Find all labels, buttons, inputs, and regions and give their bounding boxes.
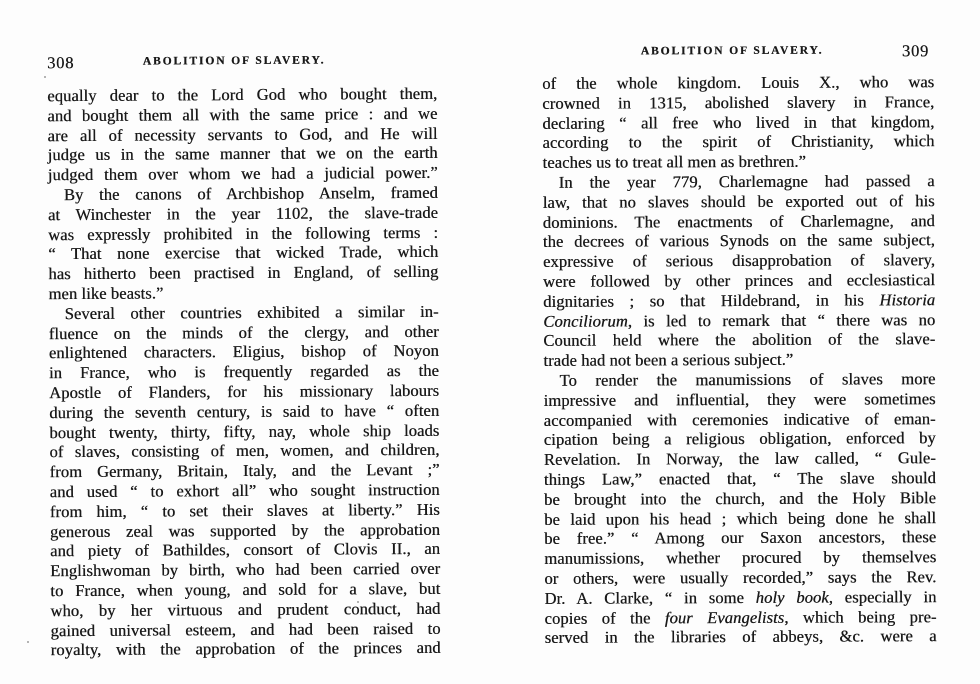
text-segment: Revelation. In Norway, the law called, “… [544, 448, 936, 469]
text-segment: during the seventh century, is said to h… [49, 401, 439, 422]
text-line: things Law,” enacted that, “ The slave s… [544, 468, 936, 490]
text-segment: enlightened characters. Eligius, bishop … [49, 341, 439, 362]
text-line: and piety of Bathildes, consort of Clovi… [50, 539, 440, 561]
text-line: the decrees of various Synods on the sam… [543, 231, 935, 253]
text-segment: was expressly prohibited in the followin… [48, 222, 438, 243]
text-segment: has hitherto been practised in England, … [48, 262, 438, 283]
text-segment: things Law,” enacted that, “ The slave s… [544, 468, 936, 489]
text-line: law, that no slaves should be exported o… [543, 191, 935, 213]
text-segment: according to the spirit of Christianity,… [542, 132, 934, 153]
page-right: ABOLITION OF SLAVERY. 309 of the whole k… [542, 43, 937, 648]
text-line: generous zeal was supported by the appro… [50, 519, 440, 541]
text-line: from Germany, Britain, Italy, and the Le… [49, 460, 439, 482]
text-segment: manumissions, whether procured by themse… [544, 547, 936, 568]
text-segment: judged them over whom we had a judicial … [48, 163, 438, 184]
text-line: from him, “ to set their slaves at liber… [50, 500, 440, 522]
text-segment: who, by her virtuous and prudent conduct… [50, 599, 440, 620]
text-segment: copies of the [544, 608, 664, 628]
scan-speck [27, 641, 29, 643]
page-text: equally dear to the Lord God who bought … [47, 84, 440, 660]
text-segment: Council held where the abolition of the … [543, 330, 935, 351]
text-segment: “ That none exercise that wicked Trade, … [48, 242, 438, 263]
text-segment: cipation being a religious obligation, e… [544, 428, 936, 449]
text-segment: To render the manumissions of slaves mor… [559, 369, 935, 390]
text-line: bought twenty, thirty, fifty, nay, whole… [49, 420, 439, 442]
page-text: of the whole kingdom. Louis X., who wasc… [542, 72, 937, 648]
text-line: manumissions, whether procured by themse… [544, 547, 936, 569]
text-line: to France, when young, and sold for a sl… [50, 579, 440, 601]
text-segment: In the year 779, Charlemagne had passed … [559, 171, 935, 192]
text-line: equally dear to the Lord God who bought … [47, 84, 437, 106]
text-segment: are all of necessity servants to God, an… [47, 123, 437, 144]
italic-text: holy book [756, 587, 829, 606]
text-segment: the decrees of various Synods on the sam… [543, 231, 935, 252]
text-line: be laid upon his head ; which being done… [544, 508, 936, 530]
text-line: crowned in 1315, abolished slavery in Fr… [542, 92, 934, 114]
text-line: of the whole kingdom. Louis X., who was [542, 72, 934, 94]
text-line: has hitherto been practised in England, … [48, 262, 438, 284]
text-line: In the year 779, Charlemagne had passed … [543, 171, 935, 193]
text-line: copies of the four Evangelists, which be… [544, 607, 936, 629]
text-line: were followed by other princes and eccle… [543, 270, 935, 292]
italic-text: Conciliorum [543, 311, 628, 330]
text-line: of slaves, consisting of men, women, and… [49, 440, 439, 462]
text-segment: at Winchester in the year 1102, the slav… [48, 203, 438, 224]
text-segment: By the canons of Archbishop Anselm, fram… [64, 183, 438, 204]
text-segment: law, that no slaves should be exported o… [543, 191, 935, 212]
text-segment: in France, who is frequently regarded as… [49, 361, 439, 382]
text-segment: trade had not been a serious subject.” [543, 350, 793, 370]
text-line: Dr. A. Clarke, “ in some holy book, espe… [544, 587, 936, 609]
text-segment: dignitaries ; so that Hildebrand, in his [543, 290, 879, 310]
text-line: judge us in the same manner that we on t… [48, 143, 438, 165]
text-line: dominions. The enactments of Charlemagne… [543, 211, 935, 233]
text-segment: equally dear to the Lord God who bought … [47, 84, 437, 105]
text-segment: and bought them all with the same price … [47, 104, 437, 125]
text-line: declaring “ all free who lived in that k… [542, 112, 934, 134]
page-number: 308 [47, 53, 74, 73]
scan-speck [699, 263, 701, 265]
text-line: Apostle of Flanders, for his missionary … [49, 381, 439, 403]
text-segment: of slaves, consisting of men, women, and… [49, 440, 439, 461]
text-line: according to the spirit of Christianity,… [542, 132, 934, 154]
text-line: during the seventh century, is said to h… [49, 401, 439, 423]
text-line: Council held where the abolition of the … [543, 330, 935, 352]
text-segment: generous zeal was supported by the appro… [50, 519, 440, 540]
text-line: expressive of serious disapprobation of … [543, 250, 935, 272]
text-line: “ That none exercise that wicked Trade, … [48, 242, 438, 264]
text-segment: from Germany, Britain, Italy, and the Le… [49, 460, 439, 481]
text-segment: from him, “ to set their slaves at liber… [50, 500, 440, 521]
text-line: judged them over whom we had a judicial … [48, 163, 438, 185]
text-line: who, by her virtuous and prudent conduct… [50, 599, 440, 621]
text-segment: impressive and influential, they were so… [544, 389, 936, 410]
text-line: are all of necessity servants to God, an… [47, 123, 437, 145]
text-segment: or others, were usually recorded,” says … [544, 567, 936, 588]
text-segment: Dr. A. Clarke, “ in some [544, 588, 755, 608]
text-line: at Winchester in the year 1102, the slav… [48, 203, 438, 225]
text-line: Englishwoman by birth, who had been carr… [50, 559, 440, 581]
text-line: be free.” “ Among our Saxon ancestors, t… [544, 527, 936, 549]
scan-speck [44, 76, 46, 78]
text-segment: and piety of Bathildes, consort of Clovi… [50, 539, 440, 560]
text-segment: and used “ to exhort all” who sought ins… [50, 480, 440, 501]
text-line: and bought them all with the same price … [47, 104, 437, 126]
scan-speck [357, 601, 359, 603]
text-segment: accompanied with ceremonies indicative o… [544, 409, 936, 430]
running-head-row: ABOLITION OF SLAVERY. 309 [542, 43, 934, 59]
running-head: ABOLITION OF SLAVERY. [641, 45, 824, 58]
text-line: dignitaries ; so that Hildebrand, in his… [543, 290, 935, 312]
text-segment: , which being pre- [784, 607, 936, 627]
text-segment: expressive of serious disapprobation of … [543, 250, 935, 271]
text-line: To render the manumissions of slaves mor… [543, 369, 935, 391]
text-segment: gained universal esteem, and had been ra… [50, 618, 440, 639]
text-line: Several other countries exhibited a simi… [49, 302, 439, 324]
text-segment: of the whole kingdom. Louis X., who was [542, 72, 934, 93]
text-segment: fluence on the minds of the clergy, and … [49, 321, 439, 342]
text-segment: Englishwoman by birth, who had been carr… [50, 559, 440, 580]
text-line: was expressly prohibited in the followin… [48, 222, 438, 244]
text-segment: served in the libraries of abbeys, &c. w… [545, 626, 937, 647]
text-line: or others, were usually recorded,” says … [544, 567, 936, 589]
text-line: cipation being a religious obligation, e… [544, 428, 936, 450]
text-segment: men like beasts.” [48, 283, 163, 303]
text-line: be brought into the church, and the Holy… [544, 488, 936, 510]
text-line: men like beasts.” [48, 282, 438, 304]
italic-text: Historia [879, 290, 935, 309]
text-segment: Apostle of Flanders, for his missionary … [49, 381, 439, 402]
text-line: teaches us to treat all men as brethren.… [542, 151, 934, 173]
text-segment: to France, when young, and sold for a sl… [50, 579, 440, 600]
text-segment: declaring “ all free who lived in that k… [542, 112, 934, 133]
text-line: royalty, with the approbation of the pri… [51, 638, 441, 660]
running-head: ABOLITION OF SLAVERY. [143, 54, 326, 67]
text-segment: Several other countries exhibited a simi… [65, 302, 439, 323]
page-left: 308 ABOLITION OF SLAVERY. equally dear t… [47, 53, 441, 660]
text-line: impressive and influential, they were so… [544, 389, 936, 411]
italic-text: four Evangelists [665, 607, 785, 627]
text-segment: teaches us to treat all men as brethren.… [542, 152, 805, 172]
page-number: 309 [902, 41, 929, 61]
text-segment: be free.” “ Among our Saxon ancestors, t… [544, 527, 936, 548]
text-segment: , is led to remark that “ there was no [628, 310, 936, 330]
text-segment: be laid upon his head ; which being done… [544, 508, 936, 529]
text-segment: were followed by other princes and eccle… [543, 270, 935, 291]
running-head-row: 308 ABOLITION OF SLAVERY. [47, 53, 437, 69]
text-segment: judge us in the same manner that we on t… [48, 143, 438, 164]
text-line: By the canons of Archbishop Anselm, fram… [48, 183, 438, 205]
text-line: trade had not been a serious subject.” [543, 349, 935, 371]
text-segment: crowned in 1315, abolished slavery in Fr… [542, 92, 934, 113]
text-line: and used “ to exhort all” who sought ins… [50, 480, 440, 502]
text-line: Conciliorum, is led to remark that “ the… [543, 310, 935, 332]
text-line: served in the libraries of abbeys, &c. w… [545, 626, 937, 648]
text-line: accompanied with ceremonies indicative o… [544, 409, 936, 431]
text-segment: bought twenty, thirty, fifty, nay, whole… [49, 420, 439, 441]
text-line: enlightened characters. Eligius, bishop … [49, 341, 439, 363]
text-segment: , especially in [829, 587, 937, 606]
text-segment: dominions. The enactments of Charlemagne… [543, 211, 935, 232]
text-segment: be brought into the church, and the Holy… [544, 488, 936, 509]
text-line: fluence on the minds of the clergy, and … [49, 321, 439, 343]
text-segment: royalty, with the approbation of the pri… [51, 638, 441, 659]
text-line: gained universal esteem, and had been ra… [50, 618, 440, 640]
text-line: Revelation. In Norway, the law called, “… [544, 448, 936, 470]
text-line: in France, who is frequently regarded as… [49, 361, 439, 383]
